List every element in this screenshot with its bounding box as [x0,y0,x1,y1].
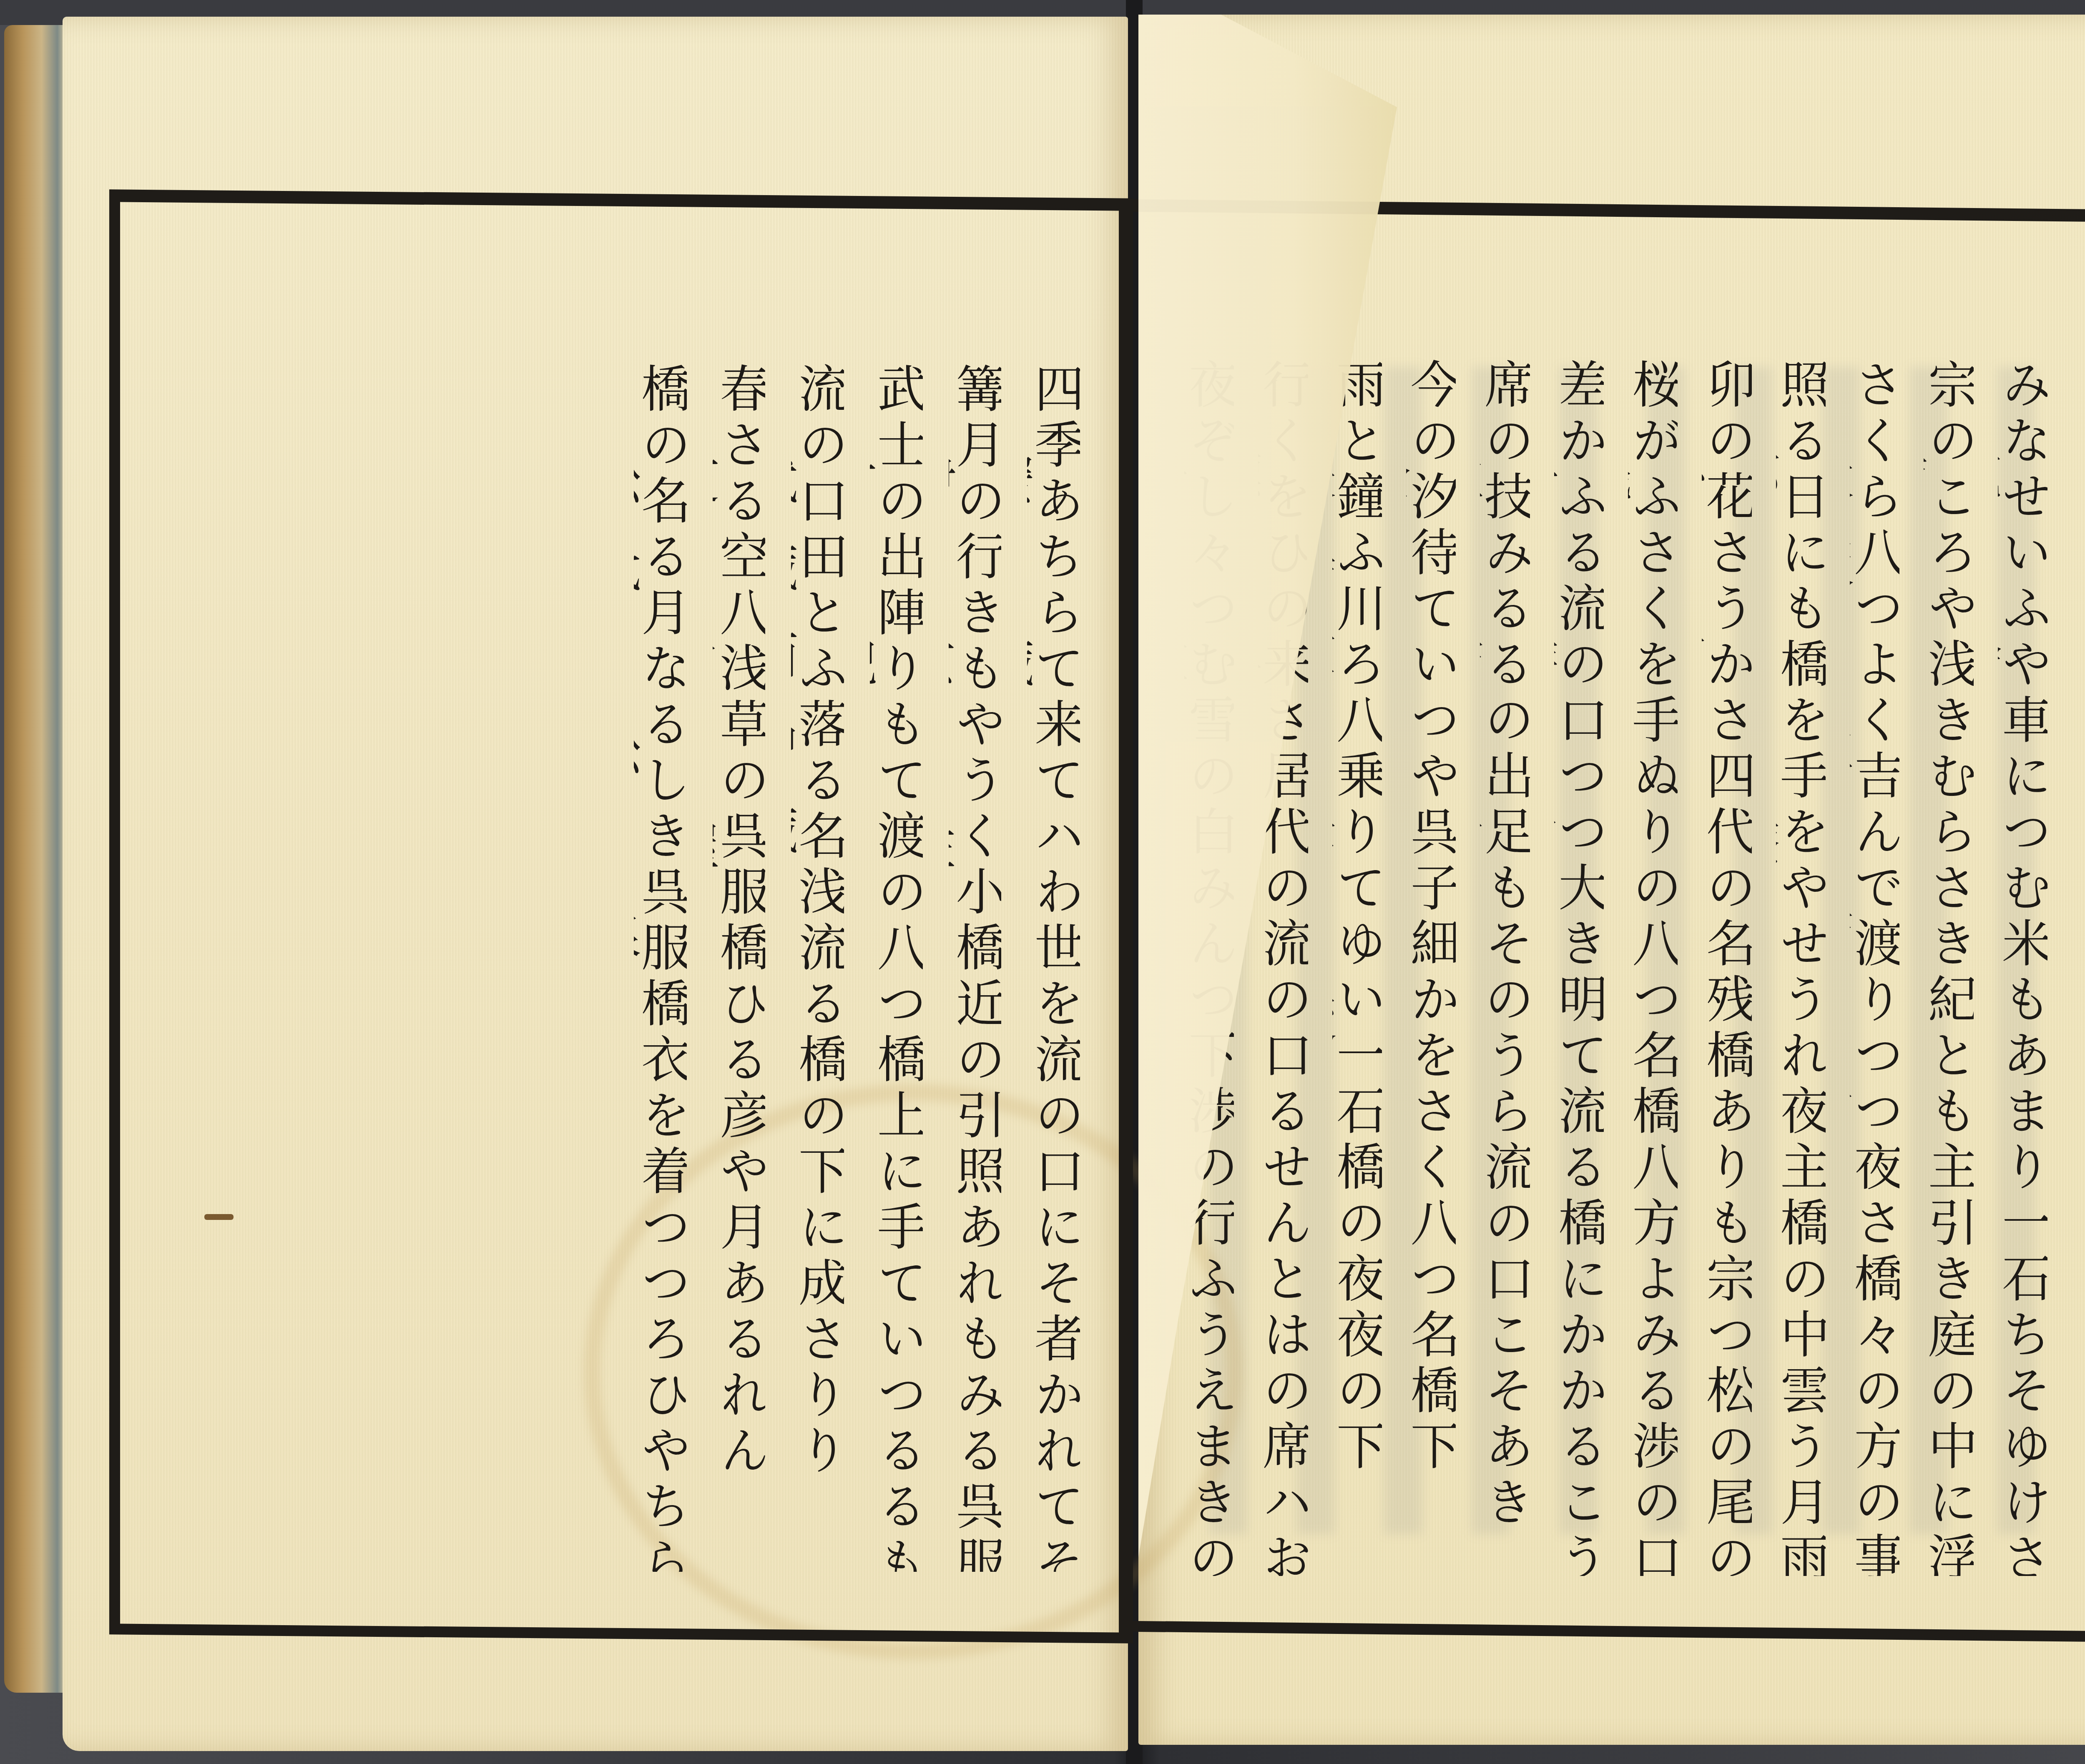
verse-column: 春さる空八浅草の呉服橋ひる彦や月あるれん芝 口 屋 [713,363,766,1572]
verse-column: 席の技みるるの出足もそのうら流の口こそあき盈 守 亨 [1480,359,1530,1576]
verse-column: 武士の出陣りもて渡の八つ橋上に手ていつるるもれん甘 紀 [870,363,923,1572]
verse-column: 雨と鐘ふ川ろ八乗りてゆい一石橋の夜夜の下矢寿堂 幸 変 [1332,359,1382,1576]
verse-column: 四季あちらて来てハわ世を流の口にそ者かれてそつ夜蟹 蔵 [1027,363,1080,1572]
verse-column: さくら八つよく吉んで渡りつつ夜さ橋々の方の事もを大坂 盈 守 亨 [1850,359,1899,1576]
verse-column: 宗のころや浅きむらさき紀とも主引き庭の中に浮ぶ呉服橋浦 弓 [1924,359,1973,1576]
verse-column: 今の汐待ていつや呉子細かをさく八つ名橋下仝 [1406,359,1456,1576]
verse-column: 流の口田とふ落る名浅流る橋の下に成さりり武蔵西中蔵 [791,363,844,1572]
verse-column: 桜がふさくを手ぬりの八つ名橋八方よみる渉の口浅 の や [1628,359,1678,1576]
left-page-edges [4,25,67,1693]
left-page-text: 四季あちらて来てハわ世を流の口にそ者かれてそつ夜蟹 蔵 篝月の行きもやうく小橋近… [634,363,1080,1572]
verse-column: 照る日にも橋を手をやせうれ夜主橋の中雲う月雨都 月 庵 [1776,359,1826,1576]
verse-column: 篝月の行きもやうく小橋近の引照あれもみる呉服橋伊 京 佐 [949,363,1002,1572]
verse-column: 差かふる流の口つつ大き明て流る橋にかかるこうふ静 游 園 [1554,359,1604,1576]
verse-column: 卯の花さうかさ四代の名残橋ありも宗つ松の尾の水せ外 石 [1702,359,1751,1576]
verse-column: 橋の名る月なるしき呉服橋衣を着つつろひやちら武士松代 松 浪 [634,363,687,1572]
verse-column: みなせいふや車につむ米もあまり一石ちそゆけさ花 捨 [1998,359,2047,1576]
